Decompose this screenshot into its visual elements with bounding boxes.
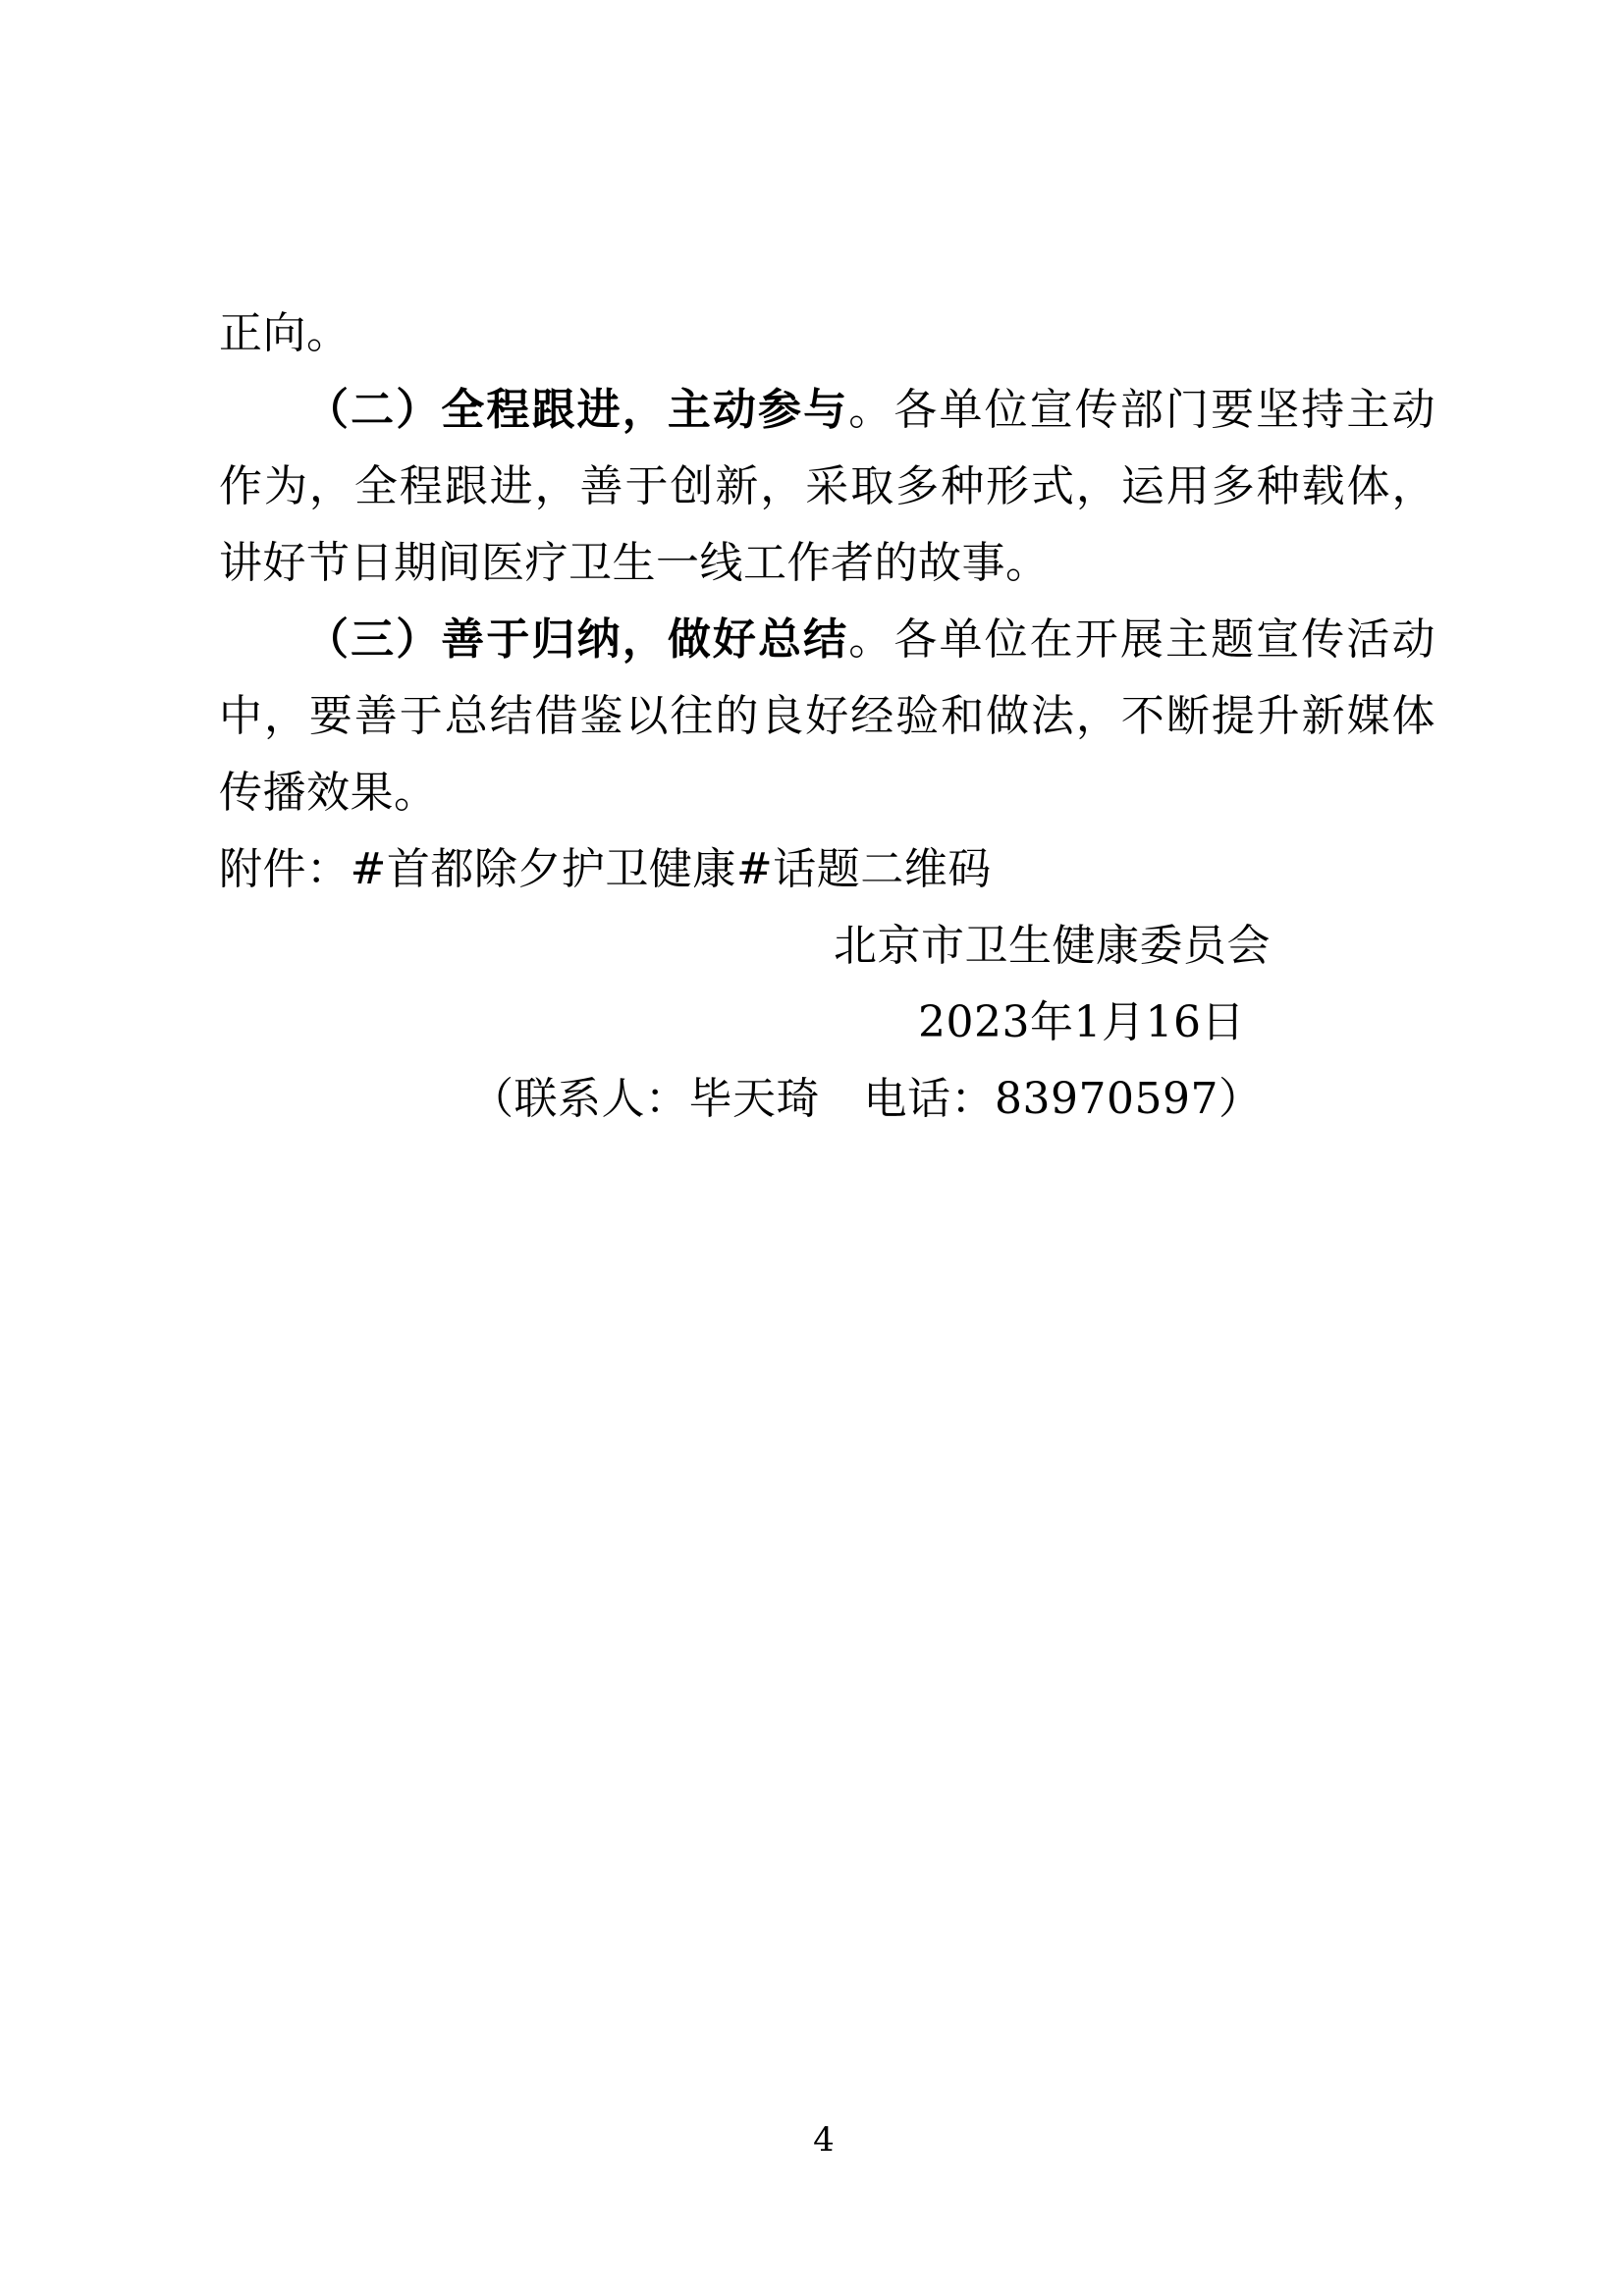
paragraph-section-2: （二）全程跟进，主动参与。各单位宣传部门要坚持主动作为，全程跟进，善于创新，采取… (219, 372, 1435, 602)
issue-date: 2023年1月16日 (219, 985, 1435, 1061)
attachment-line: 附件：#首都除夕护卫健康#话题二维码 (219, 831, 1435, 908)
section-2-heading: （二）全程跟进，主动参与 (305, 385, 848, 435)
contact-line: （联系人：毕天琦 电话：83970597） (219, 1061, 1435, 1138)
paragraph-section-3: （三）善于归纳，做好总结。各单位在开展主题宣传活动中，要善于总结借鉴以往的良好经… (219, 602, 1435, 831)
section-3-heading: （三）善于归纳，做好总结 (305, 614, 848, 665)
page-number: 4 (12, 2120, 1624, 2160)
paragraph-continuation: 正向。 (219, 295, 1435, 372)
document-page: 正向。 （二）全程跟进，主动参与。各单位宣传部门要坚持主动作为，全程跟进，善于创… (0, 0, 1624, 2296)
document-body: 正向。 （二）全程跟进，主动参与。各单位宣传部门要坚持主动作为，全程跟进，善于创… (219, 295, 1435, 1138)
issuer-signature: 北京市卫生健康委员会 (219, 908, 1435, 985)
